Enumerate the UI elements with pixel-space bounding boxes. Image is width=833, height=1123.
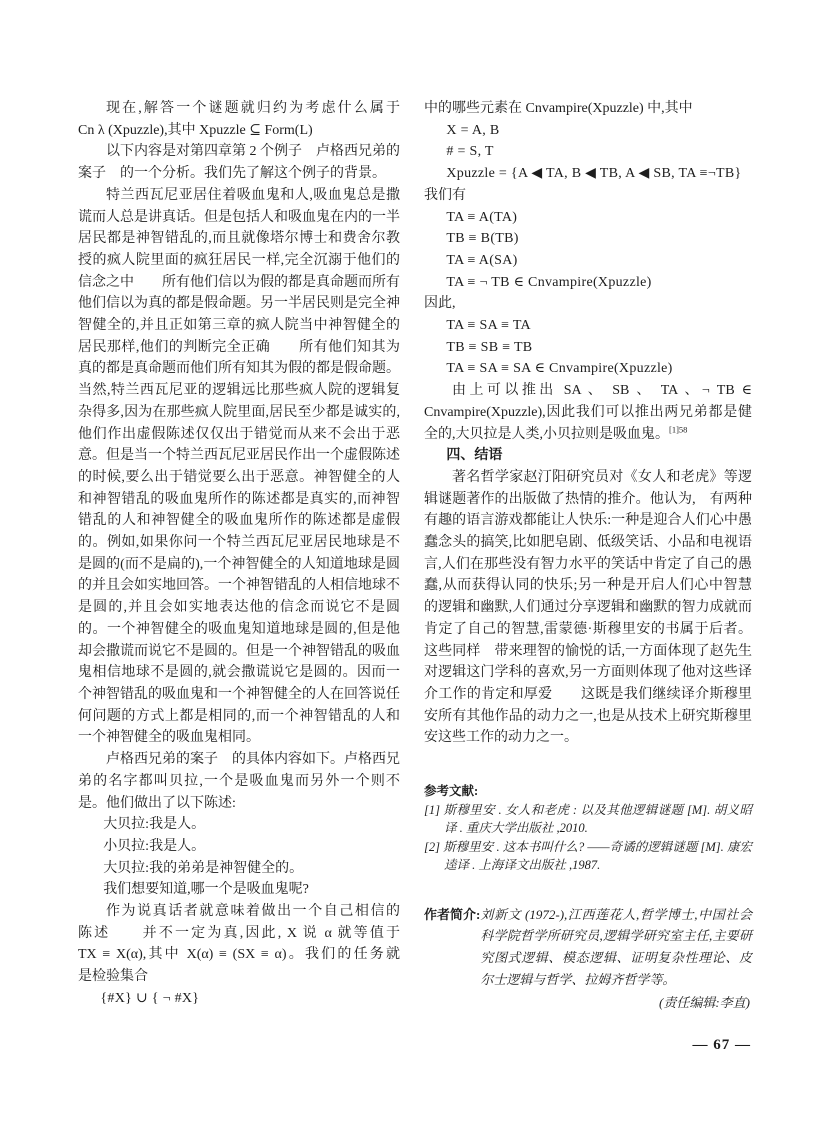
- paragraph-line: 陈述 并不一定为真,因此, X 说 α 就等值于: [78, 923, 400, 945]
- paragraph: 由上可以推出 SA 、 SB 、 TA 、¬ TB ∈ Cnvampire(Xp…: [424, 380, 752, 445]
- left-column: 现在,解答一个谜题就归约为考虑什么属于 Cn λ (Xpuzzle),其中 Xp…: [78, 98, 400, 1014]
- page-content: 现在,解答一个谜题就归约为考虑什么属于 Cn λ (Xpuzzle),其中 Xp…: [78, 98, 752, 1014]
- paragraph: 卢格西兄弟的案子 的具体内容如下。卢格西兄弟的名字都叫贝拉,一个是吸血鬼而另外一…: [78, 749, 400, 814]
- footnote-reference: [1]58: [669, 424, 687, 434]
- formula-line: # = S, T: [424, 141, 752, 163]
- author-bio-label: 作者简介:: [424, 904, 480, 926]
- paragraph: 特兰西瓦尼亚居住着吸血鬼和人,吸血鬼总是撒谎而人总是讲真话。但是包括人和吸血鬼在…: [78, 185, 400, 749]
- paragraph: 因此,: [424, 293, 752, 315]
- paragraph-line: TX ≡ X(α),其中 X(α) ≡ (SX ≡ α)。我们的任务就: [78, 944, 400, 966]
- formula-line: TB ≡ B(TB): [424, 228, 752, 250]
- formula-line: TA ≡ A(TA): [424, 207, 752, 229]
- paragraph: 以下内容是对第四章第 2 个例子 卢格西兄弟的案子 的一个分析。我们先了解这个例…: [78, 141, 400, 184]
- statement-line: 大贝拉:我是人。: [78, 814, 400, 836]
- references-section: 参考文献: [1] 斯穆里安 . 女人和老虎 : 以及其他逻辑谜题 [M]. 胡…: [424, 782, 752, 875]
- author-bio-section: 作者简介: 刘新文 (1972-),江西莲花人,哲学博士,中国社会科学院哲学所研…: [424, 904, 752, 1014]
- formula-line: TA ≡ SA ≡ TA: [424, 315, 752, 337]
- reference-item: [2] 斯穆里安 . 这本书叫什么? ——奇谲的逻辑谜题 [M]. 康宏逵译 .…: [424, 838, 752, 875]
- paragraph-line: Cn λ (Xpuzzle),其中 Xpuzzle ⊆ Form(L): [78, 120, 400, 142]
- statement-line: 大贝拉:我的弟弟是神智健全的。: [78, 858, 400, 880]
- formula-line: TA ≡ ¬ TB ∈ Cnvampire(Xpuzzle): [424, 272, 752, 294]
- paragraph-line: 作为说真话者就意味着做出一个自己相信的: [78, 901, 400, 923]
- references-heading: 参考文献:: [424, 782, 752, 801]
- formula-line: Xpuzzle = {A ◀ TA, B ◀ TB, A ◀ SB, TA ≡¬…: [424, 163, 752, 185]
- paragraph: 中的哪些元素在 Cnvampire(Xpuzzle) 中,其中: [424, 98, 752, 120]
- author-bio-row: 作者简介: 刘新文 (1972-),江西莲花人,哲学博士,中国社会科学院哲学所研…: [424, 904, 752, 991]
- deduction-text: 由上可以推出 SA 、 SB 、 TA 、¬ TB ∈ Cnvampire(Xp…: [424, 383, 752, 441]
- paragraph: 我们有: [424, 185, 752, 207]
- paragraph-line: 现在,解答一个谜题就归约为考虑什么属于: [78, 98, 400, 120]
- formula-line: TB ≡ SB ≡ TB: [424, 337, 752, 359]
- formula-line: TA ≡ A(SA): [424, 250, 752, 272]
- right-column: 中的哪些元素在 Cnvampire(Xpuzzle) 中,其中 X = A, B…: [424, 98, 752, 1014]
- document-page: 现在,解答一个谜题就归约为考虑什么属于 Cn λ (Xpuzzle),其中 Xp…: [0, 0, 833, 1123]
- page-number: — 67 —: [693, 1035, 752, 1057]
- section-heading: 四、结语: [424, 445, 752, 467]
- paragraph: 著名哲学家赵汀阳研究员对《女人和老虎》等逻辑谜题著作的出版做了热情的推介。他认为…: [424, 467, 752, 749]
- author-bio-text: 刘新文 (1972-),江西莲花人,哲学博士,中国社会科学院哲学所研究员,逻辑学…: [480, 904, 752, 991]
- paragraph-line: 是检验集合: [78, 966, 400, 988]
- reference-item: [1] 斯穆里安 . 女人和老虎 : 以及其他逻辑谜题 [M]. 胡义昭译 . …: [424, 801, 752, 838]
- statement-line: 小贝拉:我是人。: [78, 836, 400, 858]
- editor-credit: (责任编辑:李直): [424, 992, 752, 1014]
- statement-line: 我们想要知道,哪一个是吸血鬼呢?: [78, 879, 400, 901]
- formula-line: X = A, B: [424, 120, 752, 142]
- formula-line: {#X} ∪ { ¬ #X}: [78, 988, 400, 1010]
- formula-line: TA ≡ SA ≡ SA ∈ Cnvampire(Xpuzzle): [424, 358, 752, 380]
